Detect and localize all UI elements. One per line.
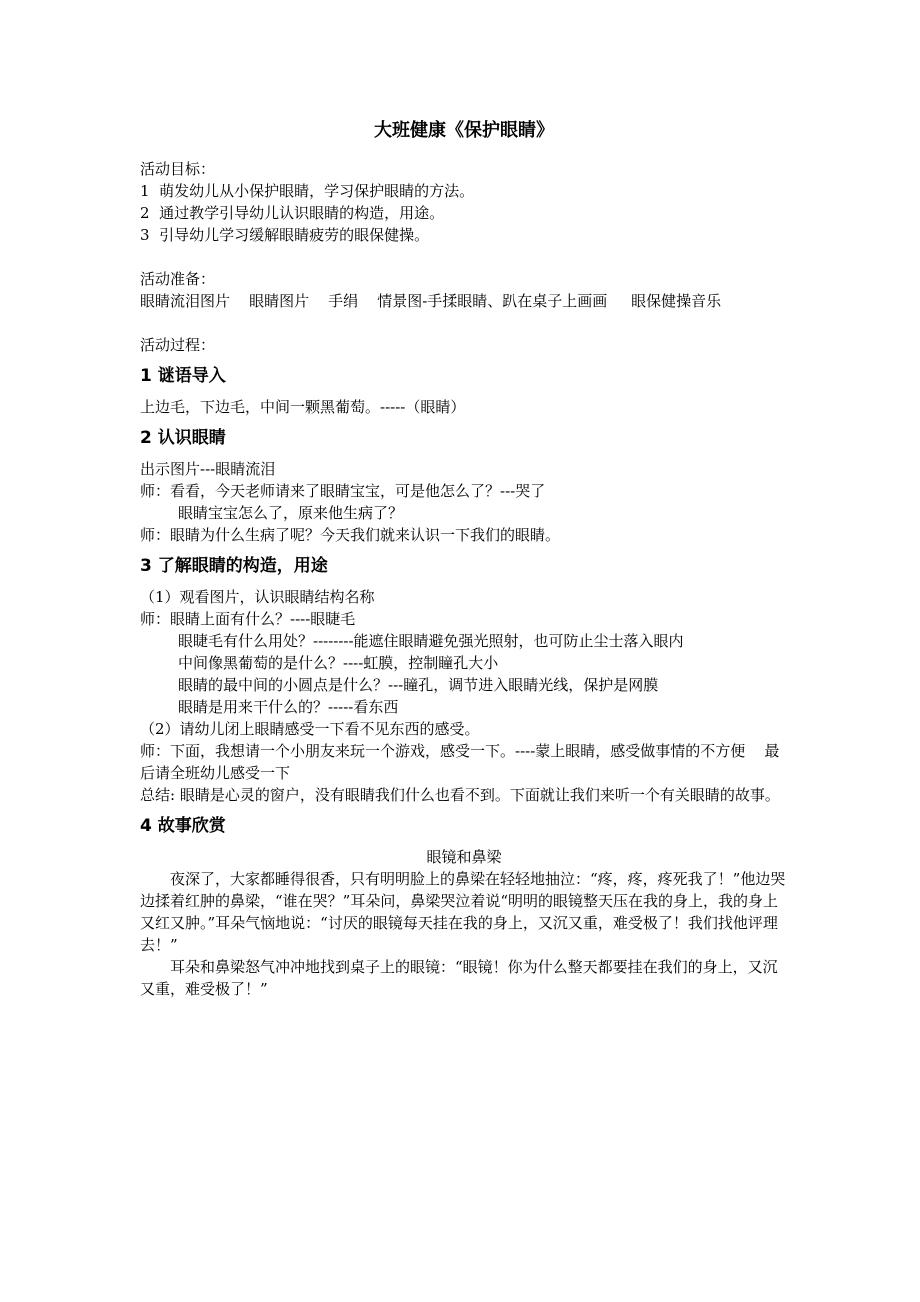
section-heading-know-eyes: 2 认识眼睛 [140, 426, 788, 450]
summary-line: 总结: 眼睛是心灵的窗户，没有眼睛我们什么也看不到。下面就让我们来听一个有关眼睛… [140, 784, 788, 806]
section-line: 眼睫毛有什么用处？--------能遮住眼睛避免强光照射，也可防止尘士落入眼内 [140, 630, 788, 652]
document-title: 大班健康《保护眼睛》 [140, 118, 788, 144]
section-line: （2）请幼儿闭上眼睛感受一下看不见东西的感受。 [140, 718, 788, 740]
story-paragraph: 耳朵和鼻梁怒气冲冲地找到桌子上的眼镜：“眼镜！你为什么整天都要挂在我们的身上，又… [140, 956, 788, 1000]
story-paragraph: 夜深了，大家都睡得很香，只有明明脸上的鼻梁在轻轻地抽泣：“疼，疼，疼死我了！”他… [140, 868, 788, 956]
section-line: 眼睛是用来干什么的？-----看东西 [140, 696, 788, 718]
section-line: 师：看看，今天老师请来了眼睛宝宝，可是他怎么了？---哭了 [140, 480, 788, 502]
preparation-label: 活动准备： [140, 268, 788, 290]
section-heading-story: 4 故事欣赏 [140, 814, 788, 838]
goal-item: 2 通过教学引导幼儿认识眼睛的构造，用途。 [140, 202, 788, 224]
section-line: 中间像黑葡萄的是什么？----虹膜，控制瞳孔大小 [140, 652, 788, 674]
section-line: 师：眼睛为什么生病了呢？今天我们就来认识一下我们的眼睛。 [140, 524, 788, 546]
process-label: 活动过程： [140, 334, 788, 356]
goal-item: 3 引导幼儿学习缓解眼睛疲劳的眼保健操。 [140, 224, 788, 246]
goals-label: 活动目标： [140, 158, 788, 180]
section-line: 师：眼睛上面有什么？----眼睫毛 [140, 608, 788, 630]
document-page: 大班健康《保护眼睛》 活动目标： 1 萌发幼儿从小保护眼睛，学习保护眼睛的方法。… [140, 118, 788, 1000]
riddle-text: 上边毛，下边毛，中间一颗黑葡萄。-----（眼睛） [140, 396, 788, 418]
spacer [140, 312, 788, 334]
story-title: 眼镜和鼻梁 [140, 846, 788, 868]
preparation-text: 眼睛流泪图片 眼睛图片 手绢 情景图-手揉眼睛、趴在桌子上画画 眼保健操音乐 [140, 290, 788, 312]
spacer [140, 246, 788, 268]
section-line: 眼睛的最中间的小圆点是什么？---瞳孔，调节进入眼睛光线，保护是网膜 [140, 674, 788, 696]
section-line: （1）观看图片，认识眼睛结构名称 [140, 586, 788, 608]
section-line: 师：下面，我想请一个小朋友来玩一个游戏，感受一下。----蒙上眼睛，感受做事情的… [140, 740, 788, 784]
section-heading-riddle: 1 谜语导入 [140, 364, 788, 388]
section-heading-eye-structure: 3 了解眼睛的构造，用途 [140, 554, 788, 578]
goal-item: 1 萌发幼儿从小保护眼睛，学习保护眼睛的方法。 [140, 180, 788, 202]
section-line: 出示图片---眼睛流泪 [140, 458, 788, 480]
section-line: 眼睛宝宝怎么了，原来他生病了？ [140, 502, 788, 524]
